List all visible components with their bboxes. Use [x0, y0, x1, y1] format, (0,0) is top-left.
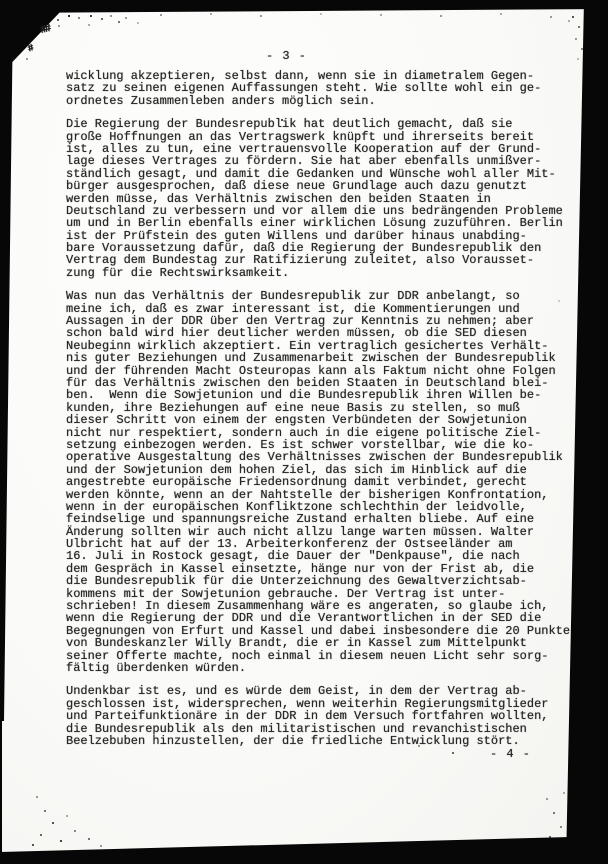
paragraph-2: Die Regierung der Bundesrepublik hat deu… [66, 118, 576, 279]
text-line: von Bundeskanzler Willy Brandt, die er i… [66, 637, 576, 649]
paragraph-3: Was nun das Verhältnis der Bundesrepubli… [66, 290, 576, 674]
text-line: ordnetes Zusammenleben anders möglich se… [66, 95, 576, 107]
text-line: bürger ausgesprochen, daß diese neue Gru… [66, 180, 576, 192]
text-line: lage dieses Vertrages zu fördern. Sie ha… [66, 155, 576, 167]
text-line: um und in Berlin ebenfalls einer wirklic… [66, 217, 576, 229]
text-line: nis guter Beziehungen und Zusammenarbeit… [66, 352, 576, 364]
text-line: satz zu seinen eigenen Auffassungen steh… [66, 82, 576, 94]
text-line: 16. Juli in Rostock gesagt, die Dauer de… [66, 550, 576, 562]
text-line: zung für die Rechtswirksamkeit. [66, 267, 576, 279]
text-line: schon bald wird hier deutlicher werden m… [66, 327, 576, 339]
text-line: Beelzebuben hinzustellen, der die friedl… [66, 735, 576, 747]
paragraph-1: wicklung akzeptieren, selbst dann, wenn … [66, 70, 576, 107]
text-line: Was nun das Verhältnis der Bundesrepubli… [66, 290, 576, 302]
text-line: operative Ausgestaltung des Verhältnisse… [66, 451, 576, 463]
text-line: die Bundesrepublik für die Unterzeichnun… [66, 575, 576, 587]
text-line: wenn die Regierung der DDR und die Veran… [66, 612, 576, 624]
text-line: Undenkbar ist es, und es würde dem Geist… [66, 685, 576, 697]
scanned-document-page: - 3 - wicklung akzeptieren, selbst dann,… [0, 0, 608, 864]
text-line: feindselige und spannungsreiche Zustand … [66, 513, 576, 525]
paragraph-4: Undenkbar ist es, und es würde dem Geist… [66, 685, 576, 747]
text-line: und Parteifunktionäre in der DDR in dem … [66, 710, 576, 722]
text-line: angestrebte europäische Friedensordnung … [66, 476, 576, 488]
text-line: Die Regierung der Bundesrepublik hat deu… [66, 118, 576, 130]
text-line: dieser Schritt von einem der engsten Ver… [66, 414, 576, 426]
text-line: ben. Wenn die Sowjetunion und die Bundes… [66, 389, 576, 401]
document-body: wicklung akzeptieren, selbst dann, wenn … [66, 70, 576, 758]
text-line: fältig überdenken würden. [66, 662, 576, 674]
page-number-header: - 3 - [266, 50, 307, 62]
text-line: Vertrag dem Bundestag zur Ratifizierung … [66, 254, 576, 266]
page-number-footer: - 4 - [490, 748, 531, 760]
